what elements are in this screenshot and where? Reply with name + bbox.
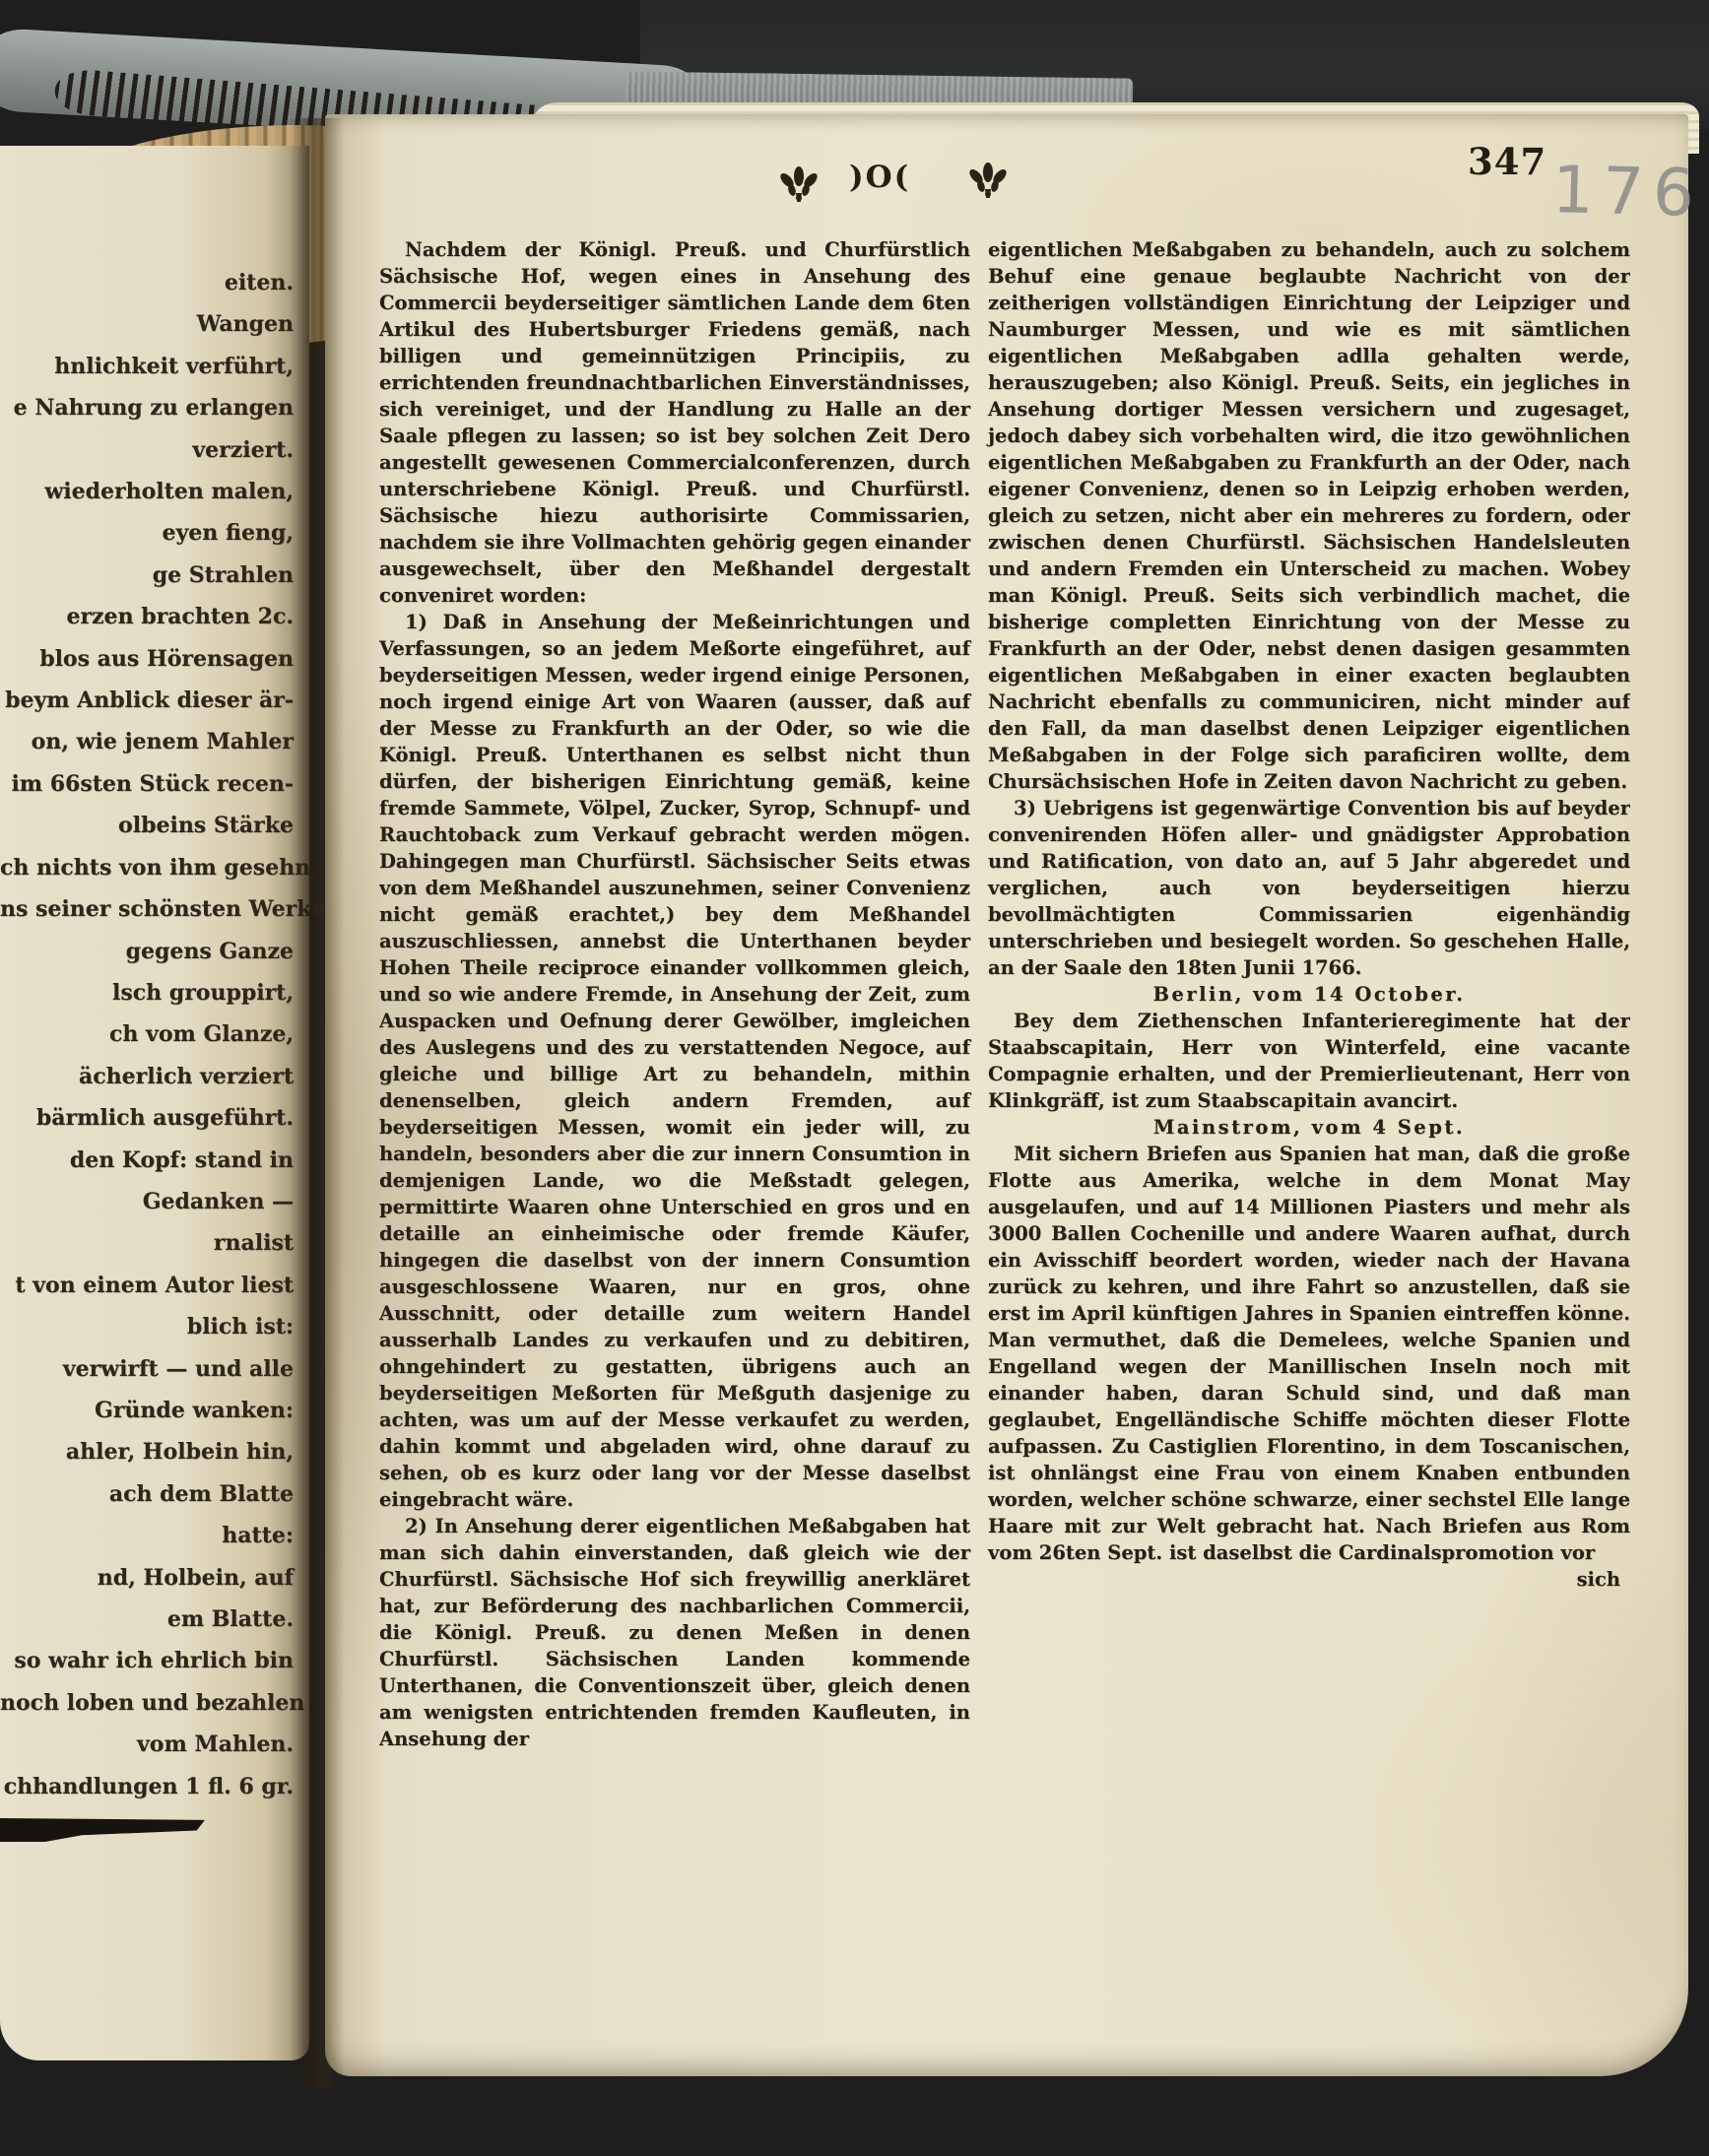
left-page-text-line: beym Anblick dieser är-	[0, 680, 294, 721]
left-page-text-line: ahler, Holbein hin,	[0, 1431, 294, 1472]
left-page-text-line: t von einem Autor liest	[0, 1265, 294, 1306]
page-header: )O( 347 176	[325, 114, 1688, 232]
left-page: eiten.Wangenhnlichkeit verführt,e Nahrun…	[0, 146, 309, 2060]
left-page-text-line: ns seiner schönsten Werke.	[0, 888, 294, 930]
left-page-text-line: bärmlich ausgeführt.	[0, 1097, 294, 1139]
left-page-text-line: Wangen	[0, 303, 294, 345]
body-paragraph: Mit sichern Briefen aus Spanien hat man,…	[988, 1141, 1630, 1566]
left-page-text-line: vom Mahlen.	[0, 1724, 294, 1765]
handwritten-folio-number: 176	[1551, 152, 1704, 231]
left-page-text-fragments: eiten.Wangenhnlichkeit verführt,e Nahrun…	[0, 262, 294, 1807]
text-column-right: eigentlichen Meßabgaben zu behandeln, au…	[988, 236, 1630, 1911]
right-page: )O( 347 176 Nachdem der Königl. Preuß. u…	[325, 114, 1688, 2076]
left-page-text-line: blos aus Hörensagen	[0, 638, 294, 680]
text-column-left: Nachdem der Königl. Preuß. und Churfürst…	[379, 236, 970, 1911]
body-paragraph: Bey dem Ziethenschen Infanterieregimente…	[988, 1008, 1630, 1114]
left-page-text-line: wiederholten malen,	[0, 471, 294, 512]
left-page-text-line: noch loben und bezahlen	[0, 1682, 294, 1724]
left-page-text-line: chhandlungen 1 fl. 6 gr.	[0, 1766, 294, 1807]
left-page-text-line: rnalist	[0, 1222, 294, 1264]
end-of-article-rule	[0, 1818, 205, 1842]
left-page-text-line: Gedanken —	[0, 1181, 294, 1222]
fleuron-ornament-icon	[776, 165, 822, 211]
left-page-text-line: gegens Ganze	[0, 931, 294, 972]
left-page-text-line: nd, Holbein, auf	[0, 1557, 294, 1599]
left-page-text-line: ächerlich verziert	[0, 1056, 294, 1097]
body-paragraph: eigentlichen Meßabgaben zu behandeln, au…	[988, 236, 1630, 795]
dateline-heading: Mainstrom, vom 4 Sept.	[988, 1114, 1630, 1141]
left-page-text-line: hatte:	[0, 1515, 294, 1556]
left-page-text-line: hnlichkeit verführt,	[0, 346, 294, 387]
text-columns: Nachdem der Königl. Preuß. und Churfürst…	[379, 236, 1630, 1911]
body-paragraph: 3) Uebrigens ist gegenwärtige Convention…	[988, 795, 1630, 981]
book-scan-page: { "header": { "center_mark": ")O(", "pag…	[0, 0, 1709, 2156]
left-page-text-line: den Kopf: stand in	[0, 1140, 294, 1181]
left-page-text-line: erzen brachten 2c.	[0, 596, 294, 637]
left-page-text-line: verwirft — und alle	[0, 1348, 294, 1390]
left-page-text-line: verziert.	[0, 429, 294, 471]
body-paragraph: Nachdem der Königl. Preuß. und Churfürst…	[379, 236, 970, 609]
left-page-text-line: im 66sten Stück recen-	[0, 763, 294, 805]
left-page-text-line: ch vom Glanze,	[0, 1013, 294, 1055]
left-page-text-line: eyen fieng,	[0, 512, 294, 554]
left-page-text-line: blich ist:	[0, 1306, 294, 1347]
dateline-heading: Berlin, vom 14 October.	[988, 981, 1630, 1008]
left-page-text-line: ch nichts von ihm gesehn,	[0, 847, 294, 888]
catchword: sich	[988, 1566, 1630, 1593]
left-page-text-line: lsch grouppirt,	[0, 972, 294, 1013]
left-page-text-line: e Nahrung zu erlangen	[0, 387, 294, 428]
fleuron-ornament-icon	[965, 162, 1011, 207]
left-page-text-line: so wahr ich ehrlich bin	[0, 1640, 294, 1681]
page-number: 347	[1468, 140, 1546, 183]
body-paragraph: 1) Daß in Ansehung der Meßeinrichtungen …	[379, 609, 970, 1513]
left-page-text-line: on, wie jenem Mahler	[0, 721, 294, 762]
left-page-text-line: ge Strahlen	[0, 555, 294, 596]
left-page-text-line: em Blatte.	[0, 1599, 294, 1640]
body-paragraph: 2) In Ansehung derer eigentlichen Meßabg…	[379, 1513, 970, 1752]
left-page-text-line: Gründe wanken:	[0, 1390, 294, 1431]
left-page-text-line: eiten.	[0, 262, 294, 303]
signature-mark: )O(	[849, 160, 910, 195]
page-gutter-shadow	[290, 118, 345, 2088]
left-page-text-line: ach dem Blatte	[0, 1473, 294, 1515]
left-page-text-line: olbeins Stärke	[0, 805, 294, 846]
